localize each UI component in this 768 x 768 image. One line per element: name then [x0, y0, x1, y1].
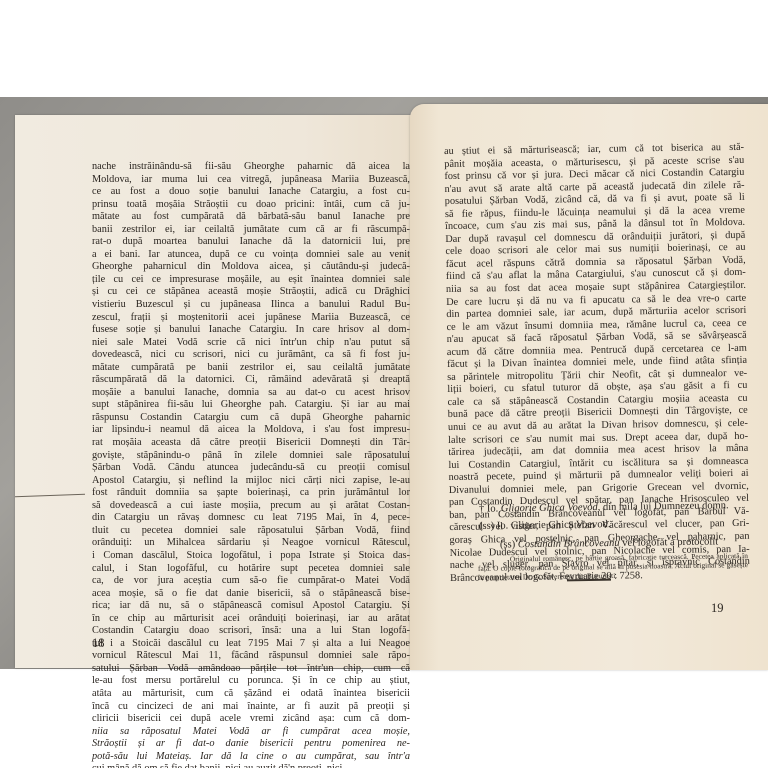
page-number-right: 19	[711, 601, 724, 616]
text-line: acea moșie, să o fie dat danie bisericii…	[92, 588, 410, 601]
text-line: tul i a Stoicăi dascălul cu leat 7195 Ma…	[92, 638, 410, 651]
text-line: Gheorghe paharnicul din Moldova aicea, ș…	[92, 261, 410, 274]
footnote: Originalul românesc, pe hârtie groasă, f…	[478, 551, 748, 582]
left-page-body: nache instrăinându-să fii-său Gheorghe p…	[92, 161, 410, 768]
text-line: atâta au mărturisit, cum că șăzând ei od…	[92, 688, 410, 701]
text-line: rat moșăia aceasta dă către preoții Bise…	[92, 437, 410, 450]
text-line: tluit cu pecetea domniei sale răposatulu…	[92, 525, 410, 538]
text-line: ce au fost a douo soție banului Ianache …	[92, 186, 410, 199]
text-line: satului Șărban Vodă amândoao părțile tot…	[92, 663, 410, 676]
text-line: din Catargiu un răvaș domnesc cu leat 71…	[92, 512, 410, 525]
text-line: vistieriu Buzescul și cu jupâneasa Ilinc…	[92, 299, 410, 312]
text-line: goviște, stăpânindu-o până în zilele dom…	[92, 450, 410, 463]
signature-line-2: (ss) Io. Gligorie Ghica Voevod.	[479, 519, 611, 532]
text-line: să dovedească a cui iaste moșiia, precum…	[92, 500, 410, 513]
text-line: încă cu cincizeci de ani mai înainte, ar…	[92, 701, 410, 714]
text-line: răspunsu Costandin Catargiu cum că după …	[92, 412, 410, 425]
text-line: Apostol Catargiu, și neflind la mijloc n…	[92, 475, 410, 488]
text-line: fost rânduit domniia sa șapte boierinași…	[92, 487, 410, 500]
text-line: cliricii bisericii cei după acele vremi …	[92, 713, 410, 726]
text-line: zescul, frații și moștenitorii acei jupâ…	[92, 312, 410, 325]
text-line: i Coman dascălul, Stoica logofătul, i po…	[92, 550, 410, 563]
page-number-left: 18	[92, 636, 105, 651]
text-line: fusese soție și banului Ianache Catargiu…	[92, 324, 410, 337]
text-line: ca, de vor jura aceștia cum să-o fie cum…	[92, 575, 410, 588]
text-line: moșăie a banului Ianache, domnia sa au d…	[92, 387, 410, 400]
text-line: prinsu toată moșăia Străoștii cu doao pr…	[92, 199, 410, 212]
text-line: vornicul Rătescul Mai 11, făcând răspuns…	[92, 650, 410, 663]
text-line: Moldova, iar muma lui cea vitregă, jupân…	[92, 174, 410, 187]
text-line: țile cu cei ce impresurase moșăile, au e…	[92, 274, 410, 287]
text-line: orânduiți: un Mihalcea sărdariu și Neago…	[92, 537, 410, 550]
text-line: Șărban Vodă. Cându atuncea judecându-să …	[92, 462, 410, 475]
text-line: cui mână dă om să fie dat banii, nici au…	[92, 763, 410, 768]
text-line: și cu cei ce stăpânea această moșie Stră…	[92, 286, 410, 299]
text-line: iar lipsindu-i neamul dă aicea la Moldov…	[92, 424, 410, 437]
text-line: dovedească, nici cu scrisori, nici cu ju…	[92, 349, 410, 362]
text-line: mătate cumpărată pe banii zestrilor ei, …	[92, 362, 410, 375]
text-line: potă-său lui Mateiaș. Iar dă la cine o a…	[92, 751, 410, 764]
text-line: în ce chip au mărturisit acei orânduiți …	[92, 613, 410, 626]
text-line: mătate au fost cumpărată dă bărbată-său …	[92, 211, 410, 224]
text-line: Străoștii și ar fi dat-o danie bisericii…	[92, 738, 410, 751]
text-line: răscumpărată dă la datornici. Ci, rămâin…	[92, 374, 410, 387]
text-line: niia sa răposatul Matei Vodă ar fi cumpă…	[92, 726, 410, 739]
text-line: niei sale Matei Vodă scrie că nici într'…	[92, 337, 410, 350]
text-line: Costandin Catargiu doao scrisori, însă: …	[92, 625, 410, 638]
text-line: rat-o după moartea banului Ianache dă la…	[92, 236, 410, 249]
text-line: a ei bani. Iar atuncea, după ce cu voinț…	[92, 249, 410, 262]
text-line: supt stăpânirea fii-său lui Gheorghe pah…	[92, 399, 410, 412]
text-line: banii zestrilor ei, iar ceilaltă jumătat…	[92, 224, 410, 237]
text-line: calul, i Stan logofăful, cu hotărire sup…	[92, 563, 410, 576]
text-line: le-au fost mersu portărelul cu porunca. …	[92, 675, 410, 688]
text-line: nache instrăinându-să fii-său Gheorghe p…	[92, 161, 410, 174]
text-line: rica; iar dă nu, să o stăpânească comisu…	[92, 600, 410, 613]
